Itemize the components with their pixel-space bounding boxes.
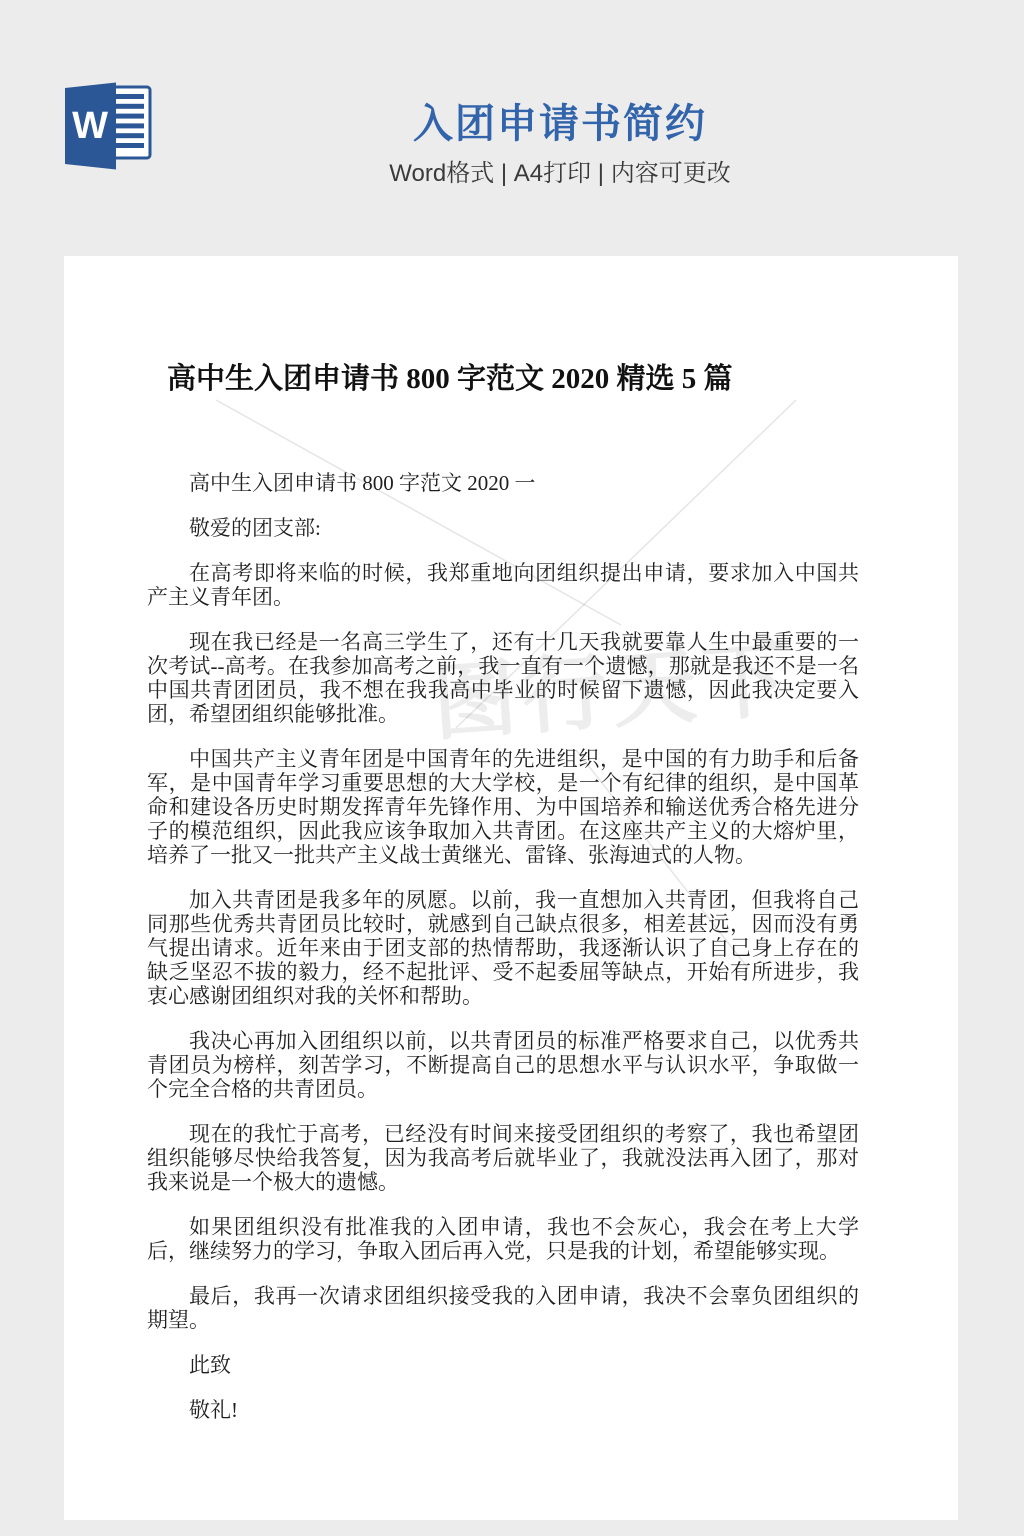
document-body: 高中生入团申请书 800 字范文 2020 一敬爱的团支部:在高考即将来临的时候… [147,471,859,1422]
document-paragraph: 我决心再加入团组织以前，以共青团员的标准严格要求自己，以优秀共青团员为榜样，刻苦… [147,1029,859,1101]
document-paragraph: 在高考即将来临的时候，我郑重地向团组织提出申请，要求加入中国共产主义青年团。 [147,561,859,609]
document-title: 高中生入团申请书 800 字范文 2020 精选 5 篇 [167,359,859,399]
document-paragraph: 中国共产主义青年团是中国青年的先进组织，是中国的有力助手和后备军，是中国青年学习… [147,747,859,867]
document-paragraph: 现在我已经是一名高三学生了，还有十几天我就要靠人生中最重要的一次考试--高考。在… [147,630,859,726]
document-paragraph: 如果团组织没有批准我的入团申请，我也不会灰心，我会在考上大学后，继续努力的学习，… [147,1215,859,1263]
document-paragraph: 最后，我再一次请求团组织接受我的入团申请，我决不会辜负团组织的期望。 [147,1284,859,1332]
document-paragraph: 现在的我忙于高考，已经没有时间来接受团组织的考察了，我也希望团组织能够尽快给我答… [147,1122,859,1194]
document-paragraph: 敬爱的团支部: [147,516,859,540]
document-page: 图行天下 高中生入团申请书 800 字范文 2020 精选 5 篇 高中生入团申… [64,256,958,1520]
document-paragraph: 敬礼! [147,1398,859,1422]
document-content: 高中生入团申请书 800 字范文 2020 精选 5 篇 高中生入团申请书 80… [147,359,859,1443]
document-paragraph: 加入共青团是我多年的夙愿。以前，我一直想加入共青团，但我将自己同那些优秀共青团员… [147,888,859,1008]
document-paragraph: 此致 [147,1353,859,1377]
template-subtitle: Word格式 | A4打印 | 内容可更改 [0,153,1024,188]
page-canvas: W 入团申请书简约 Word格式 | A4打印 | 内容可更改 图行天下 高中生… [0,0,1024,1536]
template-title: 入团申请书简约 [0,92,1024,149]
document-paragraph: 高中生入团申请书 800 字范文 2020 一 [147,471,859,495]
